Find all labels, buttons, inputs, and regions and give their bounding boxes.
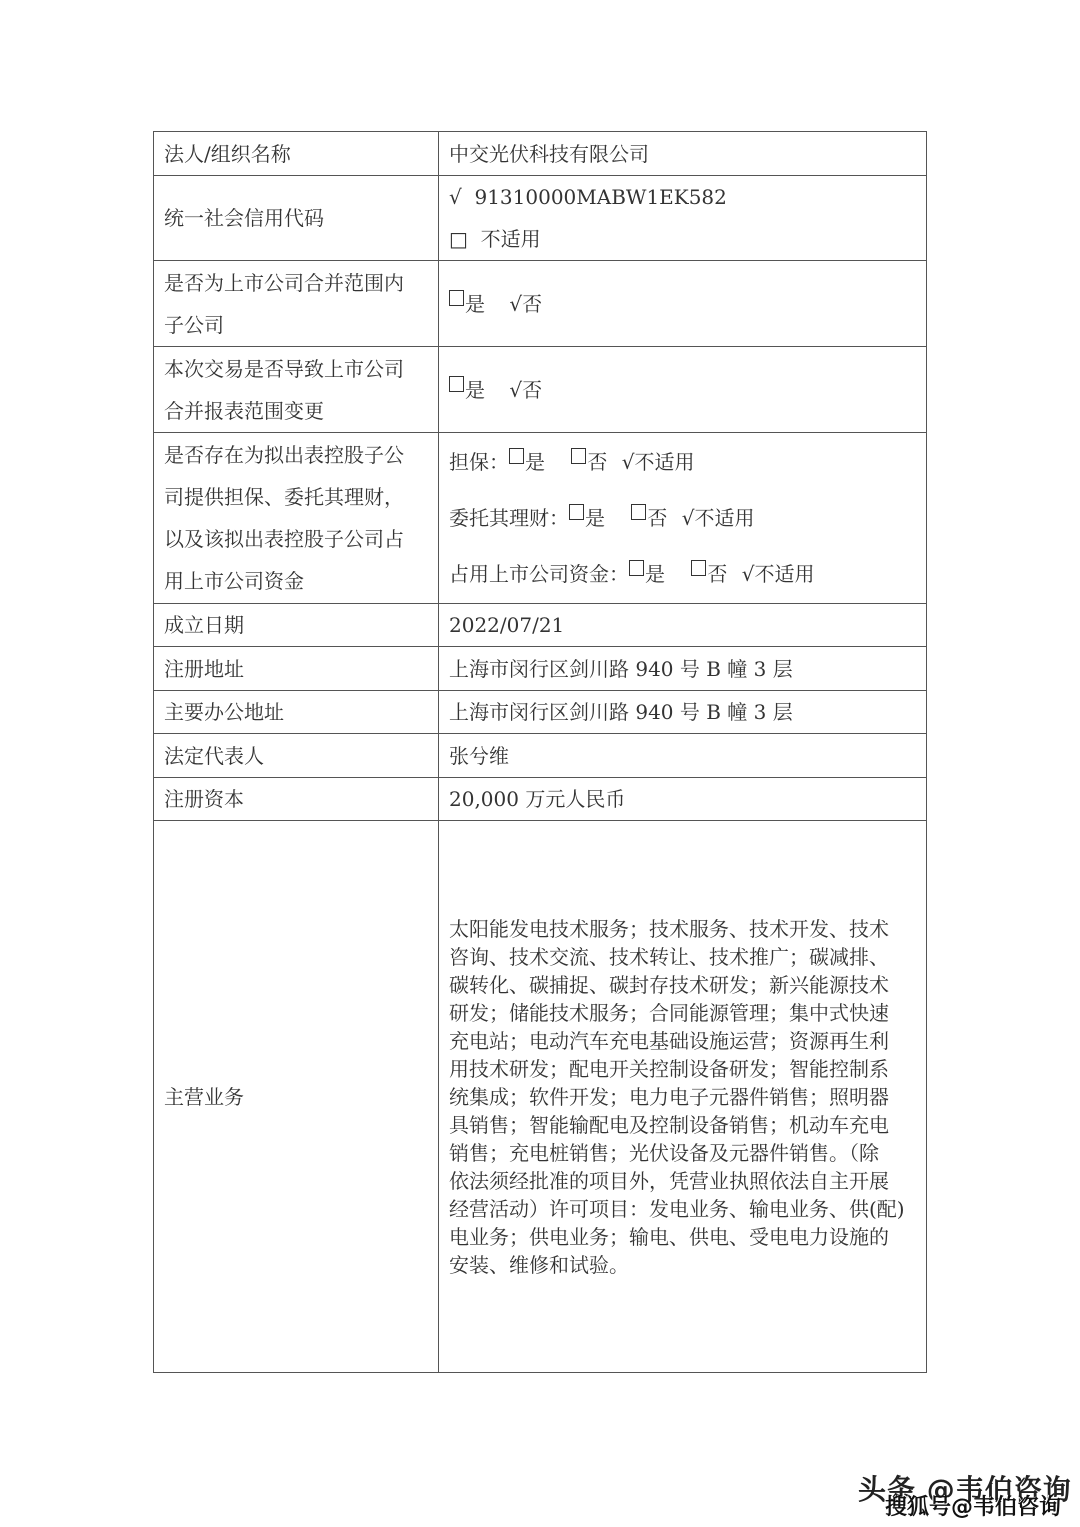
label-cell: 主营业务 (154, 821, 439, 1373)
label-cell: 成立日期 (154, 604, 439, 647)
option-no: 否 (587, 450, 607, 474)
option-no: 否 (522, 378, 542, 402)
label-line: 子公司 (164, 304, 428, 346)
label-cell: 是否为上市公司合并范围内 子公司 (154, 261, 439, 347)
text-line: 统集成；软件开发；电力电子元器件销售；照明器 (449, 1083, 916, 1111)
option-na: 不适用 (754, 562, 814, 586)
option-yes: 是 (465, 378, 485, 402)
option-no: 否 (522, 292, 542, 316)
text-line: 电业务；供电业务；输电、供电、受电电力设施的 (449, 1223, 916, 1251)
check-mark-icon: √ (622, 450, 635, 474)
table-row: 注册地址 上海市闵行区剑川路 940 号 B 幢 3 层 (154, 647, 927, 691)
sohu-watermark: 搜狐号@韦伯咨询 (885, 1490, 1061, 1521)
text-line: 用技术研发；配电开关控制设备研发；智能控制系 (449, 1055, 916, 1083)
empty-checkbox-icon (631, 504, 646, 520)
label-cell: 法人/组织名称 (154, 132, 439, 176)
option-no: 否 (707, 562, 727, 586)
table-row: 主要办公地址 上海市闵行区剑川路 940 号 B 幢 3 层 (154, 691, 927, 734)
text-line: 依法须经批准的项目外，凭营业执照依法自主开展 (449, 1167, 916, 1195)
label-line: 以及该拟出表控股子公司占 (164, 518, 428, 560)
value-cell: 上海市闵行区剑川路 940 号 B 幢 3 层 (439, 647, 927, 691)
label-cell: 本次交易是否导致上市公司 合并报表范围变更 (154, 347, 439, 433)
option-yes: 是 (585, 506, 605, 530)
label-cell: 主要办公地址 (154, 691, 439, 734)
empty-checkbox-icon (449, 290, 464, 306)
item-name: 委托其理财： (449, 506, 569, 530)
entrusted-finance-line: 委托其理财：是 否 √不适用 (449, 490, 916, 546)
check-mark-icon: √ (449, 185, 462, 209)
table-row: 是否存在为拟出表控股子公 司提供担保、委托其理财， 以及该拟出表控股子公司占 用… (154, 433, 927, 604)
text-line: 安装、维修和试验。 (449, 1251, 916, 1279)
table-row: 统一社会信用代码 √ 91310000MABW1EK582 □ 不适用 (154, 176, 927, 261)
empty-checkbox-icon (691, 560, 706, 576)
value-cell: √ 91310000MABW1EK582 □ 不适用 (439, 176, 927, 261)
empty-checkbox-icon (629, 560, 644, 576)
text-line: 经营活动）许可项目：发电业务、输电业务、供(配) (449, 1195, 916, 1223)
value-cell: 2022/07/21 (439, 604, 927, 647)
guarantee-line: 担保：是 否 √不适用 (449, 434, 916, 490)
table-row: 成立日期 2022/07/21 (154, 604, 927, 647)
table-row: 法人/组织名称 中交光伏科技有限公司 (154, 132, 927, 176)
label-line: 司提供担保、委托其理财， (164, 476, 428, 518)
label-cell: 注册资本 (154, 778, 439, 821)
option-na: 不适用 (694, 506, 754, 530)
check-mark-icon: √ (742, 562, 755, 586)
value-cell: 是 √否 (439, 261, 927, 347)
option-yes: 是 (645, 562, 665, 586)
company-info-table: 法人/组织名称 中交光伏科技有限公司 统一社会信用代码 √ 91310000MA… (153, 131, 927, 1373)
text-line: 太阳能发电技术服务；技术服务、技术开发、技术 (449, 915, 916, 943)
option-no: 否 (647, 506, 667, 530)
option-label: 不适用 (481, 227, 541, 251)
check-mark-icon: √ (509, 378, 522, 402)
table-row: 主营业务 太阳能发电技术服务；技术服务、技术开发、技术 咨询、技术交流、技术转让… (154, 821, 927, 1373)
text-line: 具销售；智能输配电及控制设备销售；机动车充电 (449, 1111, 916, 1139)
fund-occupation-line: 占用上市公司资金：是 否 √不适用 (449, 546, 916, 602)
value-cell: 上海市闵行区剑川路 940 号 B 幢 3 层 (439, 691, 927, 734)
credit-code: 91310000MABW1EK582 (474, 185, 726, 209)
value-cell: 是 √否 (439, 347, 927, 433)
text-line: 研发；储能技术服务；合同能源管理；集中式快速 (449, 999, 916, 1027)
empty-checkbox-icon (449, 376, 464, 392)
business-scope-cell: 太阳能发电技术服务；技术服务、技术开发、技术 咨询、技术交流、技术转让、技术推广… (439, 821, 927, 1373)
label-cell: 是否存在为拟出表控股子公 司提供担保、委托其理财， 以及该拟出表控股子公司占 用… (154, 433, 439, 604)
check-mark-icon: √ (509, 292, 522, 316)
label-line: 用上市公司资金 (164, 560, 428, 602)
text-line: 碳转化、碳捕捉、碳封存技术研发；新兴能源技术 (449, 971, 916, 999)
check-mark-icon: √ (682, 506, 695, 530)
label-line: 本次交易是否导致上市公司 (164, 348, 428, 390)
table-row: 法定代表人 张兮维 (154, 734, 927, 778)
label-cell: 注册地址 (154, 647, 439, 691)
text-line: 销售；充电桩销售；光伏设备及元器件销售。（除 (449, 1139, 916, 1167)
value-cell: 张兮维 (439, 734, 927, 778)
option-yes: 是 (525, 450, 545, 474)
label-cell: 统一社会信用代码 (154, 176, 439, 261)
item-name: 担保： (449, 450, 509, 474)
option-line: □ 不适用 (449, 218, 916, 260)
value-cell: 中交光伏科技有限公司 (439, 132, 927, 176)
option-yes: 是 (465, 292, 485, 316)
text-line: 充电站；电动汽车充电基础设施运营；资源再生利 (449, 1027, 916, 1055)
value-cell: 20,000 万元人民币 (439, 778, 927, 821)
label-line: 是否为上市公司合并范围内 (164, 262, 428, 304)
label-cell: 法定代表人 (154, 734, 439, 778)
option-line: √ 91310000MABW1EK582 (449, 176, 916, 218)
text-line: 咨询、技术交流、技术转让、技术推广；碳减排、 (449, 943, 916, 971)
empty-checkbox-icon (509, 448, 524, 464)
empty-checkbox-icon (571, 448, 586, 464)
option-na: 不适用 (634, 450, 694, 474)
empty-checkbox-icon: □ (449, 227, 468, 251)
empty-checkbox-icon (569, 504, 584, 520)
value-cell: 担保：是 否 √不适用 委托其理财：是 否 √不适用 占用上市公司资金：是 否 … (439, 433, 927, 604)
table-row: 本次交易是否导致上市公司 合并报表范围变更 是 √否 (154, 347, 927, 433)
table-row: 注册资本 20,000 万元人民币 (154, 778, 927, 821)
label-line: 是否存在为拟出表控股子公 (164, 434, 428, 476)
label-line: 合并报表范围变更 (164, 390, 428, 432)
table-row: 是否为上市公司合并范围内 子公司 是 √否 (154, 261, 927, 347)
item-name: 占用上市公司资金： (449, 562, 629, 586)
